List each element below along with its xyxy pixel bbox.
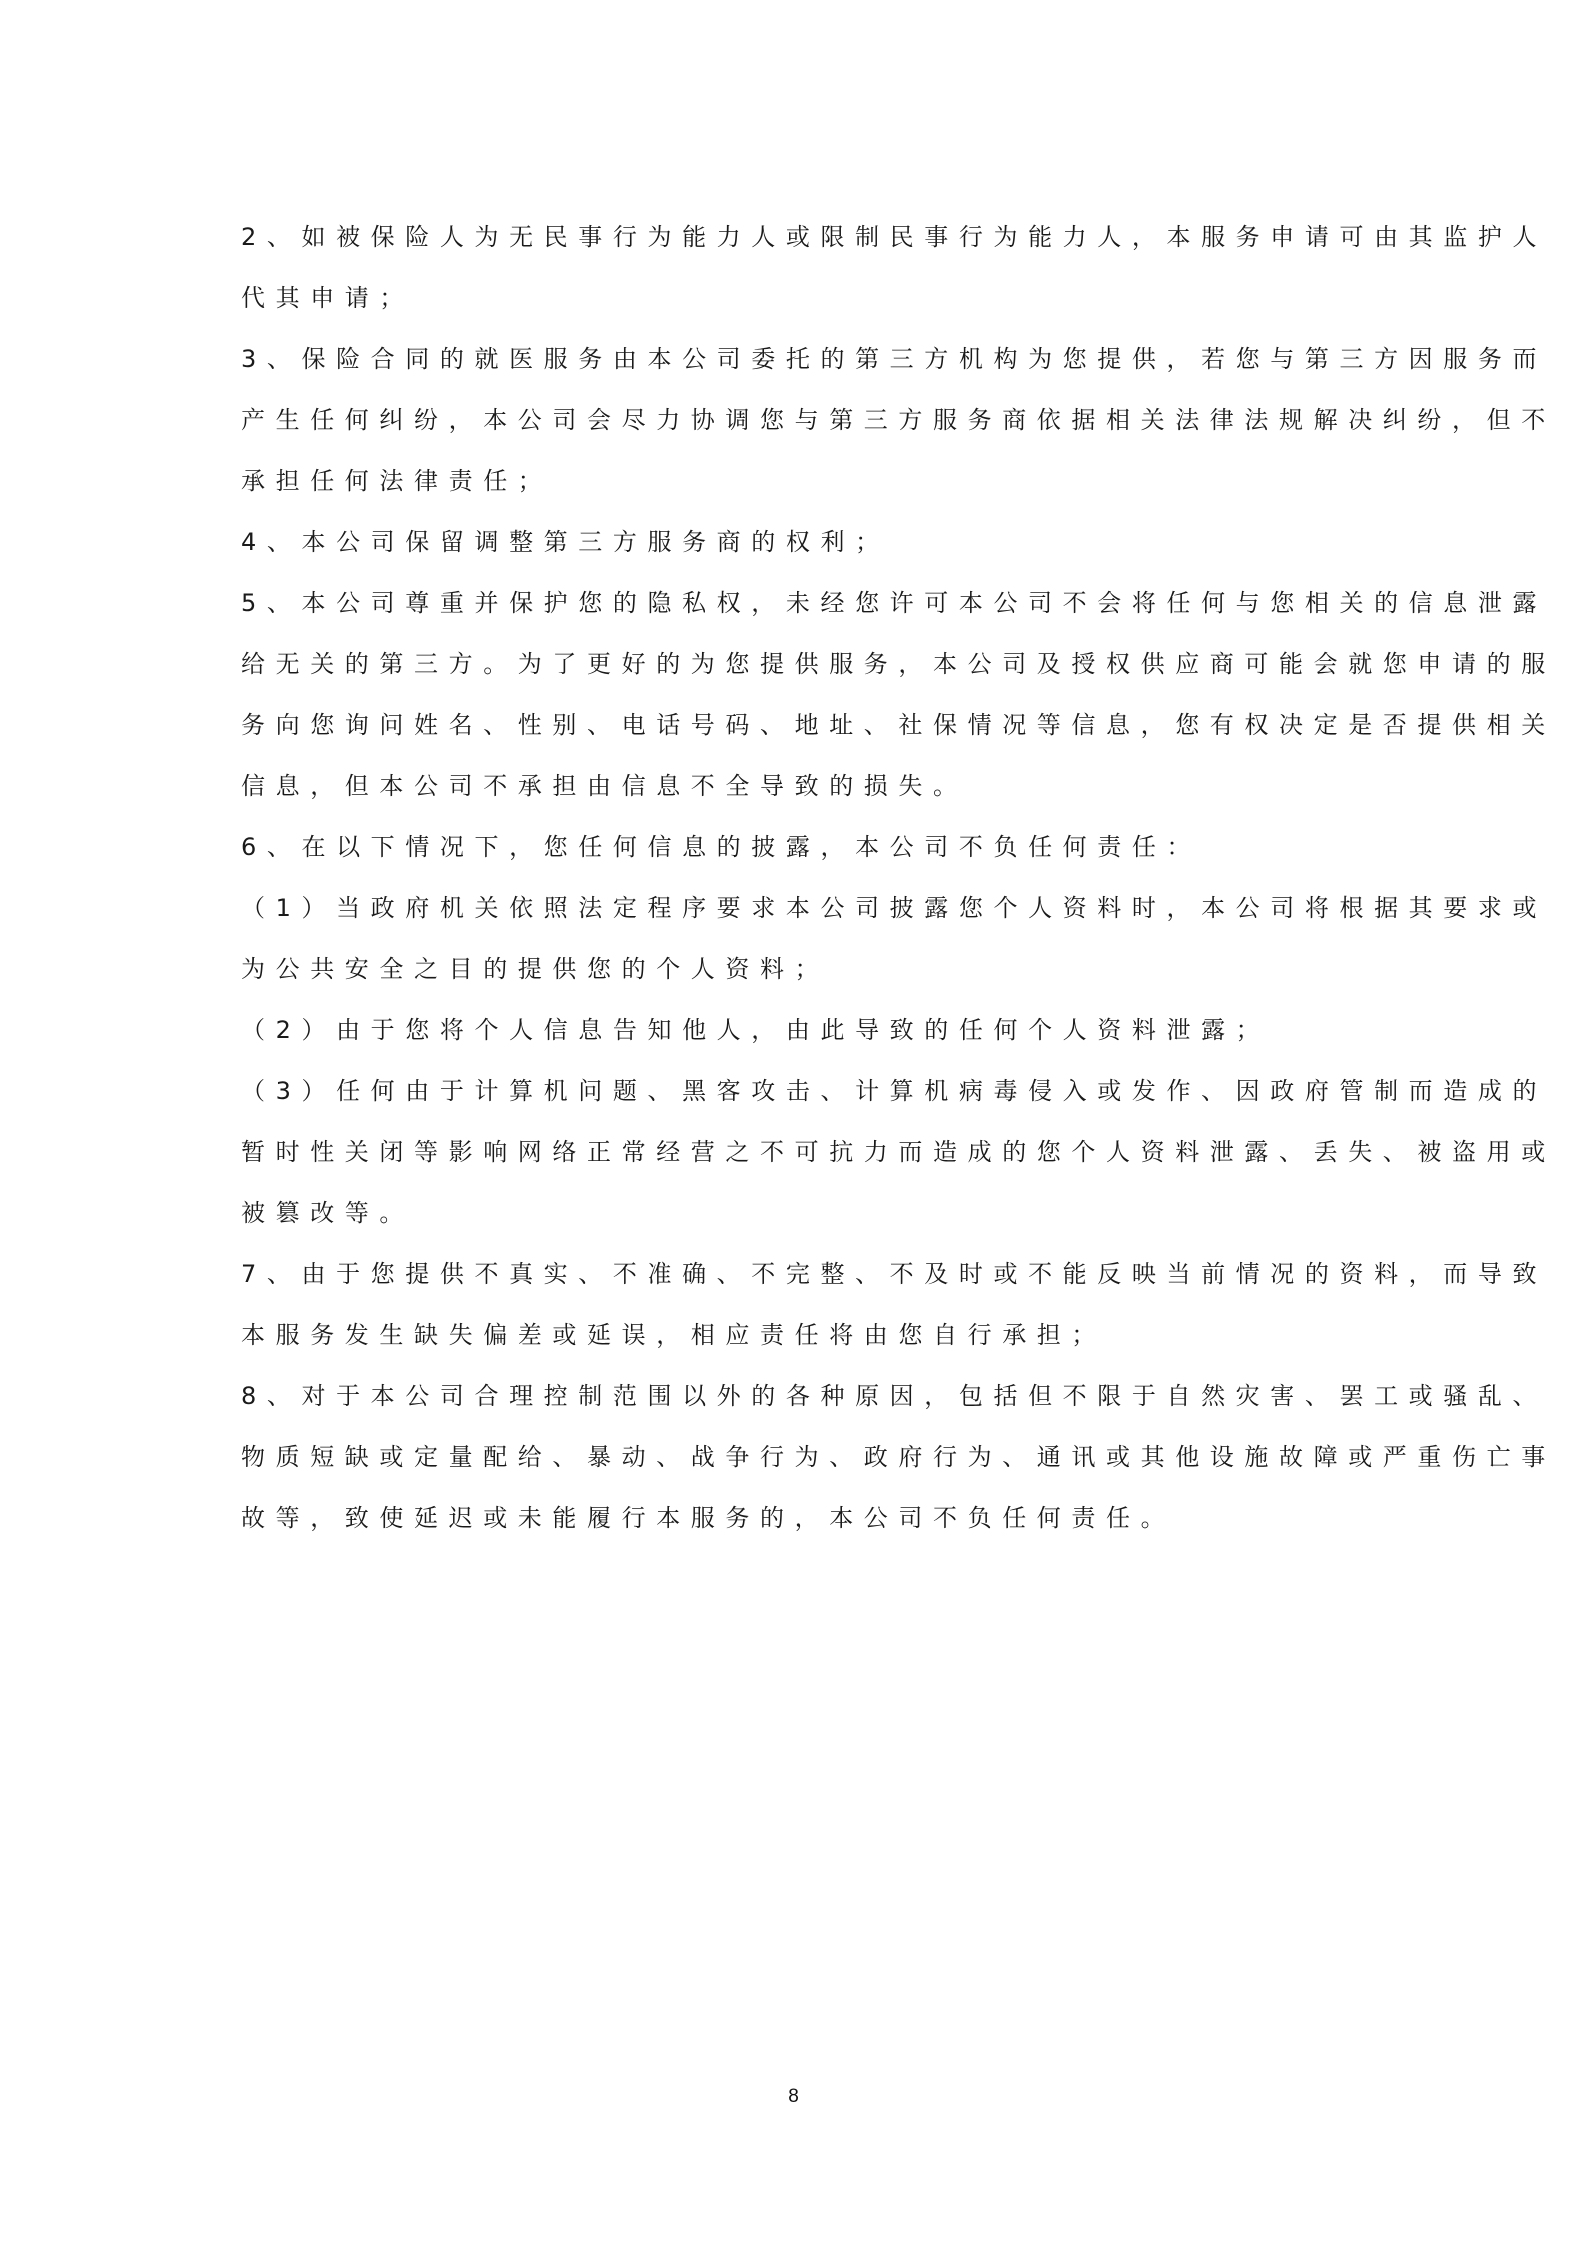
text-line: 务向您询问姓名、性别、电话号码、地址、社保情况等信息，您有权决定是否提供相关	[241, 695, 1361, 756]
text-line: 产生任何纠纷，本公司会尽力协调您与第三方服务商依据相关法律法规解决纠纷，但不	[241, 390, 1361, 451]
clause-3: 3、保险合同的就医服务由本公司委托的第三方机构为您提供，若您与第三方因服务而 产…	[241, 329, 1361, 512]
clause-8: 8、对于本公司合理控制范围以外的各种原因，包括但不限于自然灾害、罢工或骚乱、 物…	[241, 1366, 1361, 1549]
text-line: 6、在以下情况下，您任何信息的披露，本公司不负任何责任：	[241, 817, 1361, 878]
text-line: 为公共安全之目的提供您的个人资料；	[241, 939, 1361, 1000]
page-number: 8	[0, 2086, 1587, 2108]
text-line: 代其申请；	[241, 268, 1361, 329]
clause-4: 4、本公司保留调整第三方服务商的权利；	[241, 512, 1361, 573]
text-line: 被篡改等。	[241, 1183, 1361, 1244]
text-line: 3、保险合同的就医服务由本公司委托的第三方机构为您提供，若您与第三方因服务而	[241, 329, 1361, 390]
text-line: 7、由于您提供不真实、不准确、不完整、不及时或不能反映当前情况的资料，而导致	[241, 1244, 1361, 1305]
text-line: 8、对于本公司合理控制范围以外的各种原因，包括但不限于自然灾害、罢工或骚乱、	[241, 1366, 1361, 1427]
text-line: （3）任何由于计算机问题、黑客攻击、计算机病毒侵入或发作、因政府管制而造成的	[241, 1061, 1361, 1122]
text-line: 2、如被保险人为无民事行为能力人或限制民事行为能力人，本服务申请可由其监护人	[241, 207, 1361, 268]
clause-6-3: （3）任何由于计算机问题、黑客攻击、计算机病毒侵入或发作、因政府管制而造成的 暂…	[241, 1061, 1361, 1244]
text-line: 物质短缺或定量配给、暴动、战争行为、政府行为、通讯或其他设施故障或严重伤亡事	[241, 1427, 1361, 1488]
clause-5: 5、本公司尊重并保护您的隐私权，未经您许可本公司不会将任何与您相关的信息泄露 给…	[241, 573, 1361, 817]
document-body: 2、如被保险人为无民事行为能力人或限制民事行为能力人，本服务申请可由其监护人 代…	[241, 207, 1361, 1549]
text-line: 本服务发生缺失偏差或延误，相应责任将由您自行承担；	[241, 1305, 1361, 1366]
clause-7: 7、由于您提供不真实、不准确、不完整、不及时或不能反映当前情况的资料，而导致 本…	[241, 1244, 1361, 1366]
text-line: （1）当政府机关依照法定程序要求本公司披露您个人资料时，本公司将根据其要求或	[241, 878, 1361, 939]
clause-6-2: （2）由于您将个人信息告知他人，由此导致的任何个人资料泄露；	[241, 1000, 1361, 1061]
text-line: 给无关的第三方。为了更好的为您提供服务，本公司及授权供应商可能会就您申请的服	[241, 634, 1361, 695]
text-line: 信息，但本公司不承担由信息不全导致的损失。	[241, 756, 1361, 817]
text-line: 承担任何法律责任；	[241, 451, 1361, 512]
text-line: 4、本公司保留调整第三方服务商的权利；	[241, 512, 1361, 573]
text-line: 故等，致使延迟或未能履行本服务的，本公司不负任何责任。	[241, 1488, 1361, 1549]
text-line: 5、本公司尊重并保护您的隐私权，未经您许可本公司不会将任何与您相关的信息泄露	[241, 573, 1361, 634]
clause-6-1: （1）当政府机关依照法定程序要求本公司披露您个人资料时，本公司将根据其要求或 为…	[241, 878, 1361, 1000]
document-page: 2、如被保险人为无民事行为能力人或限制民事行为能力人，本服务申请可由其监护人 代…	[0, 0, 1587, 2245]
text-line: 暂时性关闭等影响网络正常经营之不可抗力而造成的您个人资料泄露、丢失、被盗用或	[241, 1122, 1361, 1183]
clause-6: 6、在以下情况下，您任何信息的披露，本公司不负任何责任：	[241, 817, 1361, 878]
clause-2: 2、如被保险人为无民事行为能力人或限制民事行为能力人，本服务申请可由其监护人 代…	[241, 207, 1361, 329]
text-line: （2）由于您将个人信息告知他人，由此导致的任何个人资料泄露；	[241, 1000, 1361, 1061]
